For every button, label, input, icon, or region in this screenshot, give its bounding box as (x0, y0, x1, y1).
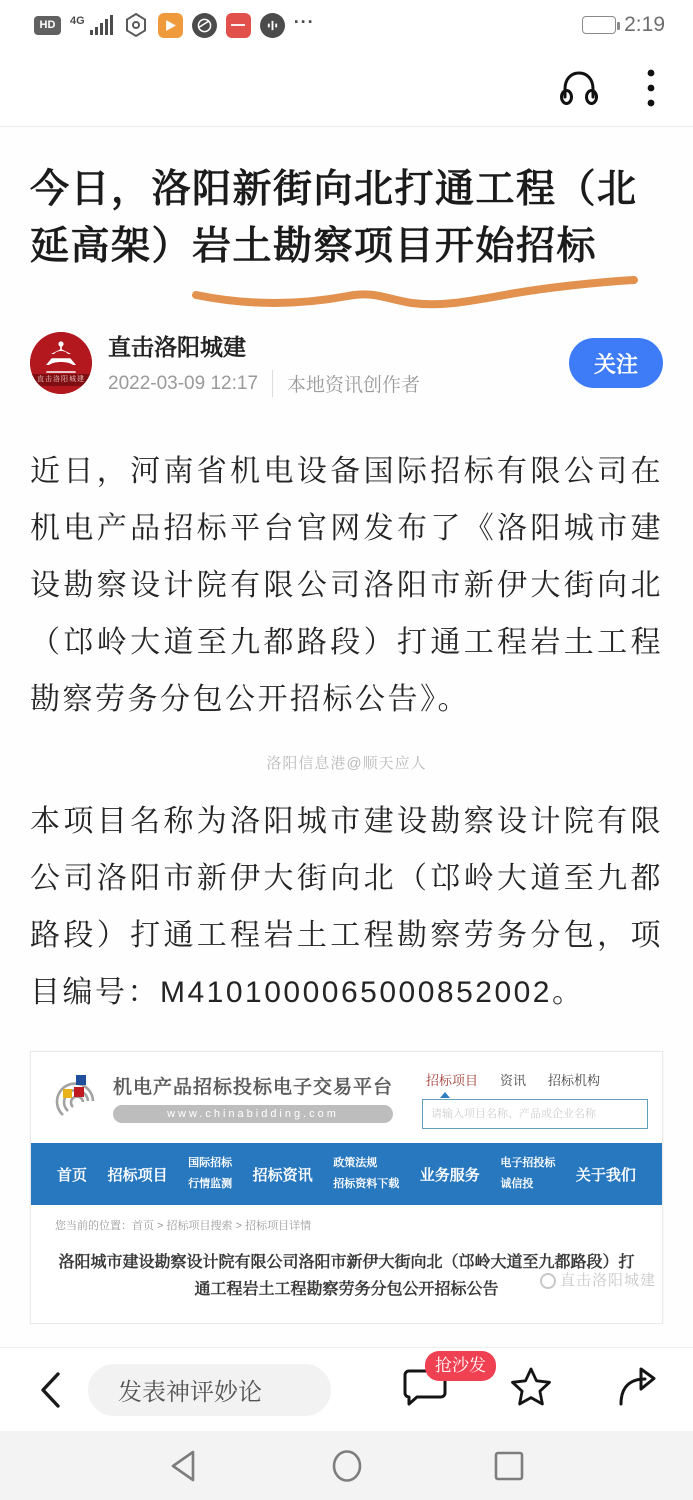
video-app-icon (158, 13, 183, 38)
content-watermark: 洛阳信息港@顺天应人 (30, 752, 663, 773)
avatar-band-text: 直击洛阳城建 (30, 374, 92, 386)
bottom-comment-bar: 发表神评妙论 抢沙发 (0, 1347, 693, 1431)
author-avatar[interactable]: 直击洛阳城建 (30, 332, 92, 394)
active-tab-caret-icon (440, 1092, 450, 1098)
paragraph-1: 近日，河南省机电设备国际招标有限公司在机电产品招标平台官网发布了《洛阳城市建设勘… (30, 443, 663, 728)
embed-tab-news[interactable]: 资讯 (500, 1070, 526, 1089)
back-chevron-icon (37, 1368, 63, 1412)
watermark-logo-icon (540, 1273, 556, 1289)
breadcrumb: 您当前的位置：首页 > 招标项目搜索 > 招标项目详情 (31, 1205, 662, 1235)
author-name[interactable]: 直击洛阳城建 (108, 329, 569, 362)
embed-watermark: 直击洛阳城建 (540, 1268, 656, 1294)
chinabidding-logo-icon (49, 1071, 103, 1125)
hand-drawn-underline (190, 275, 640, 311)
embed-nav-news[interactable]: 招标资讯 (253, 1164, 313, 1185)
nav-back-triangle-icon (165, 1446, 205, 1486)
embed-nav-policy[interactable]: 政策法规招标资料下载 (333, 1153, 399, 1195)
paragraph-2: 本项目名称为洛阳城市建设勘察设计院有限公司洛阳市新伊大街向北（邙岭大道至九都路段… (30, 793, 663, 1021)
follow-button[interactable]: 关注 (569, 338, 663, 388)
embed-nav-ebidding[interactable]: 电子招投标诚信投 (500, 1153, 555, 1195)
embedded-site-screenshot: 机电产品招标投标电子交易平台 www.chinabidding.com 招标项目… (30, 1051, 663, 1324)
favorite-button[interactable] (509, 1366, 553, 1413)
voice-app-icon (260, 13, 285, 38)
embed-search-input[interactable] (422, 1099, 648, 1129)
battery-icon (582, 16, 616, 34)
publish-date: 2022-03-09 12:17 (108, 373, 258, 395)
embed-site-title: 机电产品招标投标电子交易平台 (113, 1072, 393, 1099)
news-app-icon (226, 13, 251, 38)
embed-nav-bar: 首页 招标项目 国际招标行情监测 招标资讯 政策法规招标资料下载 业务服务 电子… (31, 1143, 662, 1205)
comments-button[interactable]: 抢沙发 (403, 1367, 447, 1412)
nav-recents-square-icon (489, 1446, 529, 1486)
embed-nav-home[interactable]: 首页 (57, 1164, 87, 1185)
gear-notification-icon (123, 12, 149, 38)
embed-site-url: www.chinabidding.com (113, 1105, 393, 1123)
embed-tab-agencies[interactable]: 招标机构 (548, 1070, 600, 1089)
embed-nav-international[interactable]: 国际招标行情监测 (188, 1153, 232, 1195)
nav-recents-button[interactable] (487, 1444, 531, 1488)
nav-home-circle-icon (327, 1446, 367, 1486)
app-header (0, 50, 693, 127)
back-button[interactable] (30, 1368, 70, 1412)
article-title: 今日，洛阳新街向北打通工程（北延高架）岩土勘察项目开始招标 (30, 161, 663, 275)
comment-input[interactable]: 发表神评妙论 (88, 1364, 331, 1416)
article-body: 今日，洛阳新街向北打通工程（北延高架）岩土勘察项目开始招标 (0, 127, 693, 1407)
network-type-label: 4G (70, 16, 85, 27)
embed-nav-projects[interactable]: 招标项目 (108, 1164, 168, 1185)
clock-time: 2:19 (624, 13, 665, 37)
more-notifications-icon: ··· (294, 12, 315, 33)
embed-nav-about[interactable]: 关于我们 (576, 1164, 636, 1185)
share-button[interactable] (615, 1366, 661, 1413)
creator-badge: 本地资讯创作者 (272, 370, 420, 397)
listen-headphones-icon[interactable] (557, 67, 601, 109)
author-row: 直击洛阳城建 直击洛阳城建 2022-03-09 12:17 本地资讯创作者 关… (30, 329, 663, 397)
signal-strength-icon (90, 14, 114, 36)
android-nav-bar (0, 1431, 693, 1500)
browser-app-icon (192, 13, 217, 38)
star-icon (509, 1366, 553, 1408)
sofa-badge: 抢沙发 (425, 1351, 496, 1381)
embed-nav-services[interactable]: 业务服务 (420, 1164, 480, 1185)
nav-home-button[interactable] (325, 1444, 369, 1488)
nav-back-button[interactable] (163, 1444, 207, 1488)
share-arrow-icon (615, 1366, 661, 1408)
hd-icon: HD (34, 16, 61, 35)
status-bar: HD 4G ··· (0, 0, 693, 50)
embed-doc-title: 洛阳城市建设勘察设计院有限公司洛阳市新伊大街向北（邙岭大道至九都路段）打通工程岩… (31, 1235, 662, 1323)
embed-tab-projects[interactable]: 招标项目 (426, 1070, 478, 1089)
kebab-menu-icon[interactable] (647, 67, 655, 109)
article-page: HD 4G ··· (0, 0, 693, 1500)
